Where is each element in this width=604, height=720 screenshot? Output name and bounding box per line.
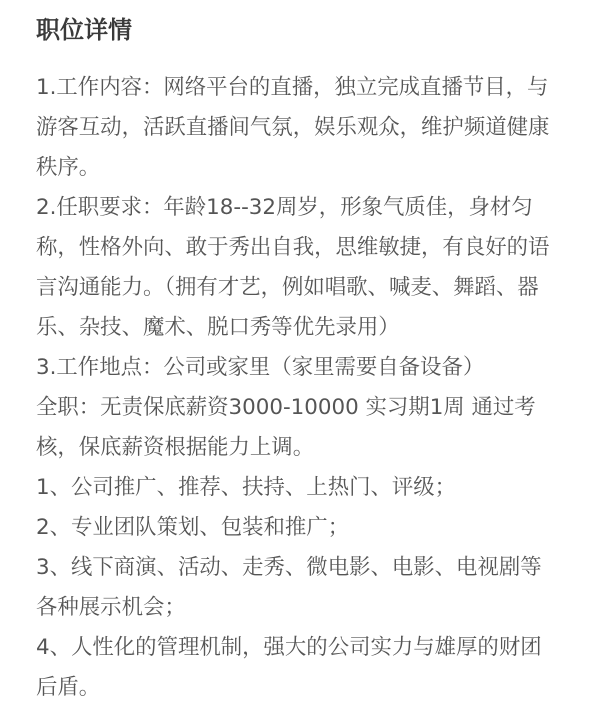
description-line: 称，性格外向、敢于秀出自我，思维敏捷，有良好的语 bbox=[36, 228, 568, 268]
description-line: 3.工作地点：公司或家里（家里需要自备设备） bbox=[36, 348, 568, 388]
description-line: 全职：无责保底薪资3000-10000 实习期1周 通过考 bbox=[36, 388, 568, 428]
description-line: 游客互动，活跃直播间气氛，娱乐观众，维护频道健康 bbox=[36, 108, 568, 148]
description-line: 2、专业团队策划、包装和推广； bbox=[36, 508, 568, 548]
job-description: 1.工作内容：网络平台的直播，独立完成直播节目，与 游客互动，活跃直播间气氛，娱… bbox=[36, 68, 568, 708]
description-line: 1、公司推广、推荐、扶持、上热门、评级； bbox=[36, 468, 568, 508]
description-line: 2.任职要求：年龄18--32周岁，形象气质佳，身材匀 bbox=[36, 188, 568, 228]
description-line: 秩序。 bbox=[36, 148, 568, 188]
description-line: 乐、杂技、魔术、脱口秀等优先录用） bbox=[36, 308, 568, 348]
description-line: 各种展示机会； bbox=[36, 588, 568, 628]
description-line: 1.工作内容：网络平台的直播，独立完成直播节目，与 bbox=[36, 68, 568, 108]
description-line: 3、线下商演、活动、走秀、微电影、电影、电视剧等 bbox=[36, 548, 568, 588]
description-line: 核，保底薪资根据能力上调。 bbox=[36, 428, 568, 468]
description-line: 言沟通能力。（拥有才艺，例如唱歌、喊麦、舞蹈、器 bbox=[36, 268, 568, 308]
description-line: 4、人性化的管理机制，强大的公司实力与雄厚的财团 bbox=[36, 628, 568, 668]
page-title: 职位详情 bbox=[36, 14, 132, 46]
description-line: 后盾。 bbox=[36, 668, 568, 708]
